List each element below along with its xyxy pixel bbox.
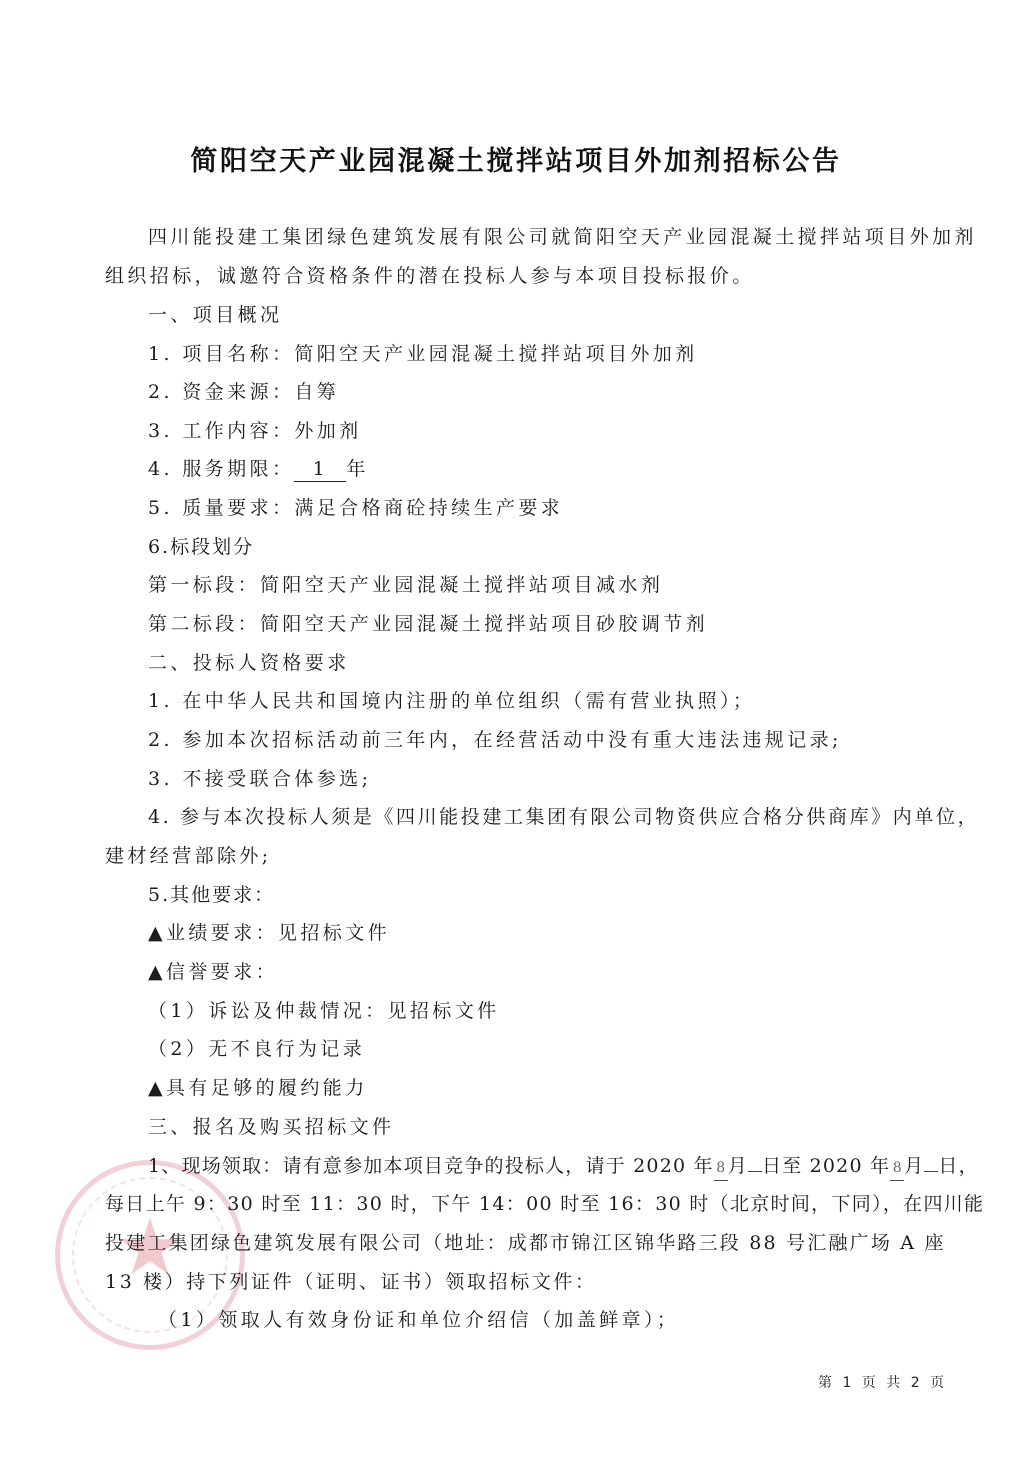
other-requirement-capability: ▲具有足够的履约能力 [148, 1076, 978, 1100]
document-page: ★ 简阳空天产业园混凝土搅拌站项目外加剂招标公告 四川能投建工集团绿色建筑发展有… [0, 0, 1032, 1459]
lot-1: 第一标段：简阳空天产业园混凝土搅拌站项目减水剂 [148, 573, 978, 597]
page-number-footer: 第 1 页 共 2 页 [818, 1372, 947, 1392]
lot-value: 简阳空天产业园混凝土搅拌站项目减水剂 [260, 574, 663, 596]
handwritten-month-end: 8 [890, 1156, 904, 1181]
qualification-item-4-continued: 建材经营部除外; [105, 844, 935, 868]
qualification-item-1: 1. 在中华人民共和国境内注册的单位组织（需有营业执照）； [148, 689, 978, 713]
item-value: 外加剂 [294, 420, 361, 442]
lot-2: 第二标段：简阳空天产业园混凝土搅拌站项目砂胶调节剂 [148, 612, 978, 636]
lot-value: 简阳空天产业园混凝土搅拌站项目砂胶调节剂 [260, 613, 708, 635]
collection-paragraph-line4: 13 楼）持下列证件（证明、证书）领取招标文件： [105, 1270, 935, 1294]
document-title: 简阳空天产业园混凝土搅拌站项目外加剂招标公告 [0, 139, 1032, 178]
qualification-item-2: 2. 参加本次招标活动前三年内，在经营活动中没有重大违法违规记录; [148, 728, 978, 752]
quality-requirement-item: 5. 质量要求：满足合格商砼持续生产要求 [148, 496, 978, 520]
item-label: 2. 资金来源： [148, 381, 294, 403]
other-requirements-heading: 5.其他要求： [148, 883, 978, 907]
other-requirement-no-bad-record: （2）无不良行为记录 [148, 1037, 978, 1061]
collection-paragraph-line2: 每日上午 9：30 时至 11：30 时，下午 14：00 时至 16：30 时… [105, 1192, 935, 1216]
intro-paragraph-line2: 组织招标，诚邀符合资格条件的潜在投标人参与本项目投标报价。 [105, 264, 935, 288]
handwritten-day-end [924, 1171, 938, 1172]
item-label: 4. 服务期限： [148, 458, 294, 480]
qualification-item-4: 4. 参与本次投标人须是《四川能投建工集团有限公司物资供应合格分供商库》内单位， [148, 805, 978, 829]
section2-heading: 二、投标人资格要求 [148, 651, 978, 675]
other-requirement-credit: ▲信誉要求： [148, 960, 978, 984]
text-segment: 日至 2020 年 [762, 1155, 890, 1177]
item-label: 3. 工作内容： [148, 420, 294, 442]
work-content-item: 3. 工作内容：外加剂 [148, 419, 978, 443]
item-value: 满足合格商砼持续生产要求 [294, 497, 563, 519]
text-segment: 月 [728, 1155, 748, 1177]
project-name-item: 1. 项目名称：简阳空天产业园混凝土搅拌站项目外加剂 [148, 342, 978, 366]
lot-label: 第二标段： [148, 613, 260, 635]
item-suffix: 年 [346, 458, 368, 480]
lots-heading: 6.标段划分 [148, 535, 978, 559]
intro-paragraph-line1: 四川能投建工集团绿色建筑发展有限公司就简阳空天产业园混凝土搅拌站项目外加剂 [148, 225, 978, 249]
qualification-item-3: 3. 不接受联合体参选; [148, 767, 978, 791]
section1-heading: 一、项目概况 [148, 303, 978, 327]
item-label: 1. 项目名称： [148, 343, 294, 365]
collection-requirement-1: （1）领取人有效身份证和单位介绍信（加盖鲜章）； [158, 1308, 988, 1332]
item-value: 自筹 [294, 381, 339, 403]
service-period-value: 1 [294, 457, 346, 482]
item-value: 简阳空天产业园混凝土搅拌站项目外加剂 [294, 343, 697, 365]
section3-heading: 三、报名及购买招标文件 [148, 1115, 978, 1139]
handwritten-day-start [748, 1171, 762, 1172]
other-requirement-litigation: （1）诉讼及仲裁情况：见招标文件 [148, 999, 978, 1023]
other-requirement-performance: ▲业绩要求：见招标文件 [148, 921, 978, 945]
lot-label: 第一标段： [148, 574, 260, 596]
collection-paragraph-line3: 投建工集团绿色建筑发展有限公司（地址：成都市锦江区锦华路三段 88 号汇融广场 … [105, 1231, 935, 1255]
text-segment: 日， [938, 1155, 978, 1177]
service-period-item: 4. 服务期限：1年 [148, 457, 978, 482]
handwritten-month-start: 8 [714, 1156, 728, 1181]
funding-source-item: 2. 资金来源：自筹 [148, 380, 978, 404]
collection-paragraph-line1: 1、现场领取：请有意参加本项目竞争的投标人，请于 2020 年8月日至 2020… [148, 1154, 978, 1181]
item-label: 5. 质量要求： [148, 497, 294, 519]
text-segment: 1、现场领取：请有意参加本项目竞争的投标人，请于 2020 年 [148, 1155, 714, 1177]
text-segment: 月 [904, 1155, 924, 1177]
